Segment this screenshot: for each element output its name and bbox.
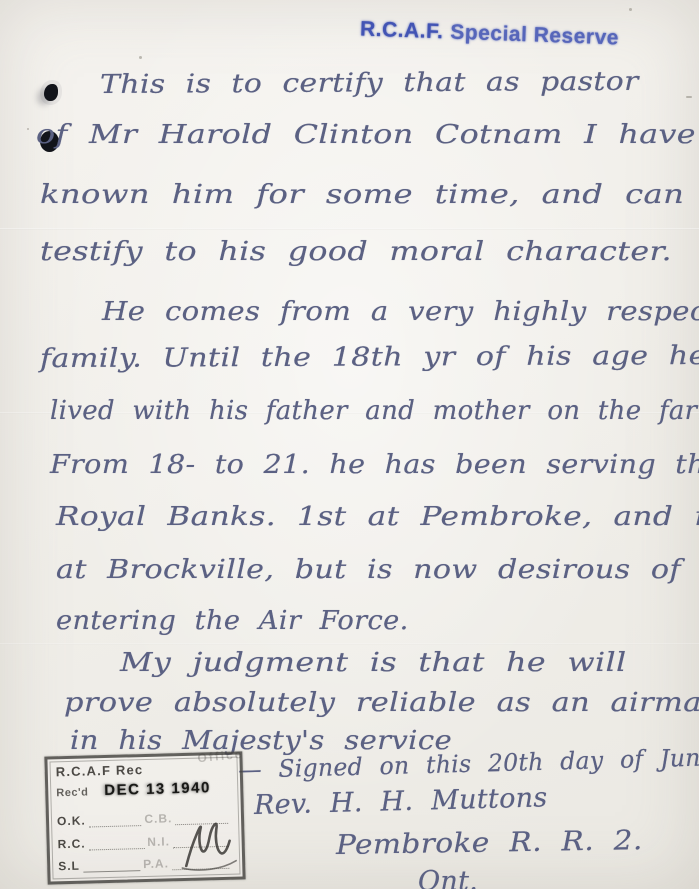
paper-speck (27, 128, 29, 130)
stamp-row-value: C.B. (144, 811, 172, 826)
stamp-row-value: N.I. (147, 834, 170, 849)
letter-line: lived with his father and mother on the … (50, 396, 699, 426)
stamp-row-label: R.C. (57, 837, 85, 852)
paper-speck (139, 56, 142, 59)
solid-leader (83, 859, 141, 873)
stamp-text-prefix: R.C.A.F. (360, 17, 444, 43)
letter-line-address: Pembroke R. R. 2. (336, 825, 643, 861)
stamp-row-label: S.L (58, 859, 80, 874)
letter-line: known him for some time, and can (40, 180, 684, 210)
ink-blot-icon (44, 84, 58, 101)
stamp-row-label: O.K. (57, 814, 86, 829)
letter-line: at Brockville, but is now desirous of (56, 555, 681, 585)
received-date: DEC 13 1940 (104, 779, 211, 799)
letter-line: This is to certify that as pastor (100, 67, 639, 100)
dotted-leader (89, 837, 145, 851)
letter-line-signature: Rev. H. H. Muttons (254, 782, 548, 821)
stamp-text-suffix: Special Reserve (450, 21, 619, 50)
paper-speck (686, 96, 692, 98)
letter-line-province: Ont. (418, 866, 478, 889)
rcaf-receiving-stamp: R.C.A.F Rec Office Rec'd DEC 13 1940 O.K… (44, 751, 245, 884)
letter-line: of Mr Harold Clinton Cotnam I have (36, 120, 696, 150)
letter-line: prove absolutely reliable as an airman (64, 688, 699, 718)
fold-crease (0, 643, 699, 645)
received-label: Rec'd (56, 786, 88, 799)
letter-line: He comes from a very highly respected (102, 297, 699, 327)
stamp-row-value: P.A. (143, 856, 169, 871)
dotted-leader (89, 814, 142, 828)
letter-line: testify to his good moral character. (40, 237, 672, 267)
signature-initials-icon (179, 815, 238, 872)
stamp-header: R.C.A.F Rec (56, 762, 144, 779)
rcaf-special-reserve-stamp: R.C.A.F.Special Reserve (360, 17, 620, 50)
letter-line: From 18- to 21. he has been serving the (50, 450, 699, 480)
fold-crease (0, 228, 699, 230)
scanned-letter-page: R.C.A.F.Special Reserve This is to certi… (0, 0, 699, 889)
letter-line: family. Until the 18th yr of his age he (40, 341, 699, 374)
letter-line: My judgment is that he will (120, 648, 627, 678)
letter-line: entering the Air Force. (56, 606, 409, 636)
paper-speck (629, 8, 632, 11)
letter-line: Royal Banks. 1st at Pembroke, and now (56, 502, 699, 532)
